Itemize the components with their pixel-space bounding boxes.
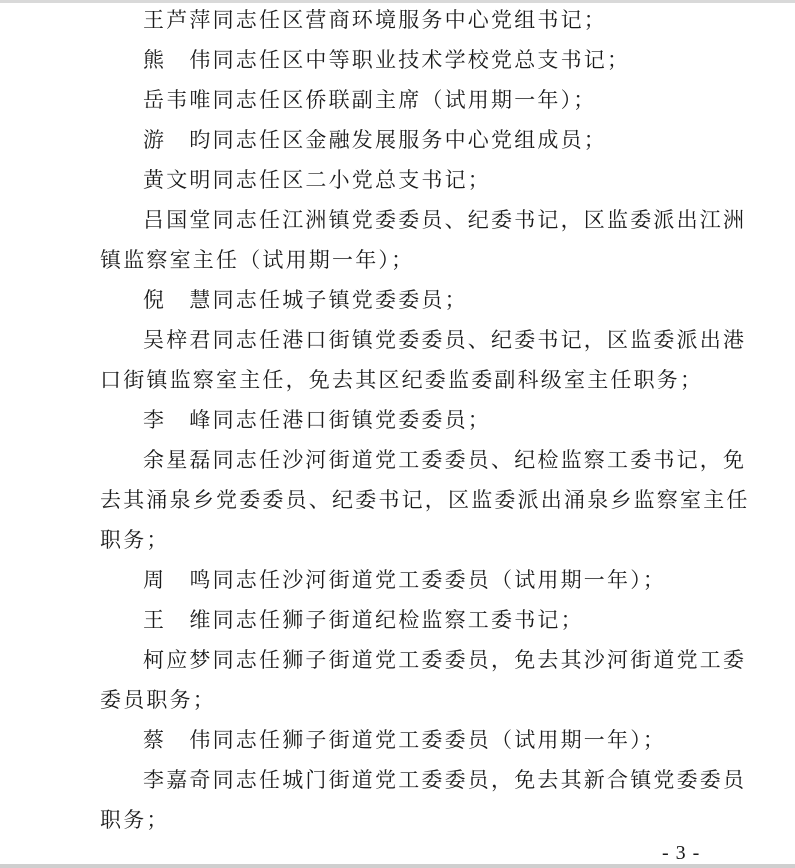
paragraph-line: 余星磊同志任沙河街道党工委委员、纪检监察工委书记，免	[143, 448, 746, 472]
paragraph-line: 镇监察室主任（试用期一年）；	[100, 248, 414, 272]
paragraph-line: 王芦萍同志任区营商环境服务中心党组书记；	[143, 8, 607, 32]
paragraph-line: 职务；	[100, 528, 170, 552]
paragraph-line: 去其涌泉乡党委委员、纪委书记，区监委派出涌泉乡监察室主任	[100, 488, 750, 512]
document-page: 王芦萍同志任区营商环境服务中心党组书记； 熊 伟同志任区中等职业技术学校党总支书…	[0, 0, 795, 868]
paragraph-line: 口街镇监察室主任，免去其区纪委监委副科级室主任职务；	[100, 368, 703, 392]
paragraph-line: 职务；	[100, 808, 170, 832]
paragraph-line: 倪 慧同志任城子镇党委委员；	[143, 288, 468, 312]
paragraph-line: 李嘉奇同志任城门街道党工委委员，免去其新合镇党委委员	[143, 768, 746, 792]
paragraph-line: 吕国堂同志任江洲镇党委委员、纪委书记，区监委派出江洲	[143, 208, 746, 232]
paragraph-line: 委员职务；	[100, 688, 216, 712]
paragraph-line: 游 昀同志任区金融发展服务中心党组成员；	[143, 128, 607, 152]
paragraph-line: 黄文明同志任区二小党总支书记；	[143, 168, 491, 192]
page-number: - 3 -	[662, 842, 700, 864]
page-bottom-edge	[0, 864, 795, 868]
paragraph-line: 柯应梦同志任狮子街道党工委委员，免去其沙河街道党工委	[143, 648, 746, 672]
paragraph-line: 蔡 伟同志任狮子街道党工委委员（试用期一年）；	[143, 728, 666, 752]
paragraph-line: 熊 伟同志任区中等职业技术学校党总支书记；	[143, 48, 630, 72]
paragraph-line: 岳韦唯同志任区侨联副主席（试用期一年）；	[143, 88, 597, 112]
paragraph-line: 周 鸣同志任沙河街道党工委委员（试用期一年）；	[143, 568, 666, 592]
paragraph-line: 李 峰同志任港口街镇党委委员；	[143, 408, 491, 432]
paragraph-line: 吴梓君同志任港口街镇党委委员、纪委书记，区监委派出港	[143, 328, 746, 352]
paragraph-line: 王 维同志任狮子街道纪检监察工委书记；	[143, 608, 584, 632]
